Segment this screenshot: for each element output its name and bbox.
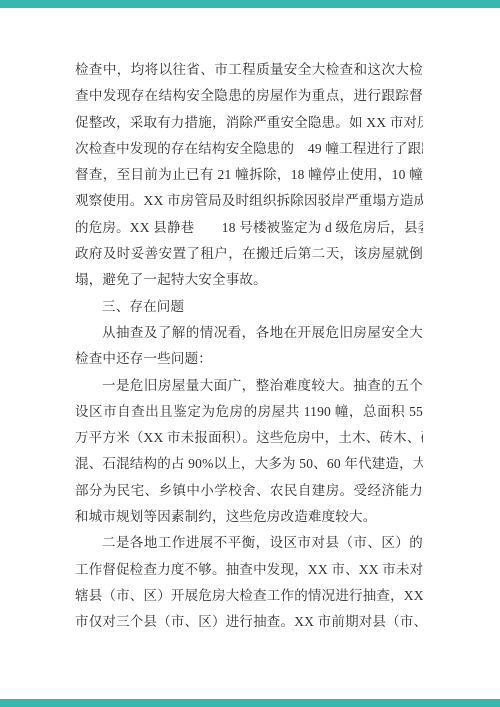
text-line: 观察使用。XX 市房管局及时组织拆除因驳岸严重塌方造成 (75, 188, 423, 214)
text-line: 督查，至目前为止已有 21 幢拆除，18 幢停止使用，10 幢 (75, 162, 423, 188)
text-line: 部分为民宅、乡镇中小学校舍、农民自建房。受经济能力 (75, 478, 423, 504)
text-line: 检查中，均将以往省、市工程质量安全大检查和这次大检 (75, 57, 423, 83)
text-line: 市仅对三个县（市、区）进行抽查。XX 市前期对县（市、 (75, 609, 423, 635)
text-line: 次检查中发现的存在结构安全隐患的 49 幢工程进行了跟踪 (75, 136, 423, 162)
text-line: 万平方米（XX 市未报面积）。这些危房中，土木、砖木、砖 (75, 425, 423, 451)
document-page: 检查中，均将以往省、市工程质量安全大检查和这次大检 查中发现存在结构安全隐患的房… (0, 8, 500, 699)
page-bottom-edge (0, 699, 500, 707)
text-line: 工作督促检查力度不够。抽查中发现，XX 市、XX 市未对所 (75, 557, 423, 583)
page-top-edge (0, 0, 500, 8)
text-line: 政府及时妥善安置了租户，在搬迁后第二天，该房屋就倒 (75, 241, 423, 267)
text-line: 促整改，采取有力措施，消除严重安全隐患。如 XX 市对历 (75, 110, 423, 136)
text-line: 检查中还存一些问题： (75, 346, 423, 372)
paragraph-start-line: 一是危旧房屋量大面广，整治难度较大。抽查的五个 (75, 373, 423, 399)
text-line: 的危房。XX 县静巷 18 号楼被鉴定为 d 级危房后，县委县 (75, 215, 423, 241)
paragraph-start-line: 从抽查及了解的情况看，各地在开展危旧房屋安全大 (75, 320, 423, 346)
text-line: 设区市自查出且鉴定为危房的房屋共 1190 幢，总面积 55 (75, 399, 423, 425)
text-line: 辖县（市、区）开展危房大检查工作的情况进行抽查，XX (75, 583, 423, 609)
section-heading-problems: 三、存在问题 (75, 294, 423, 320)
text-line: 混、石混结构的占 90%以上，大多为 50、60 年代建造，大 (75, 451, 423, 477)
text-line: 查中发现存在结构安全隐患的房屋作为重点，进行跟踪督 (75, 83, 423, 109)
paragraph-start-line: 二是各地工作进展不平衡，设区市对县（市、区）的 (75, 530, 423, 556)
text-line: 和城市规划等因素制约，这些危房改造难度较大。 (75, 504, 423, 530)
text-line: 塌，避免了一起特大安全事故。 (75, 267, 423, 293)
